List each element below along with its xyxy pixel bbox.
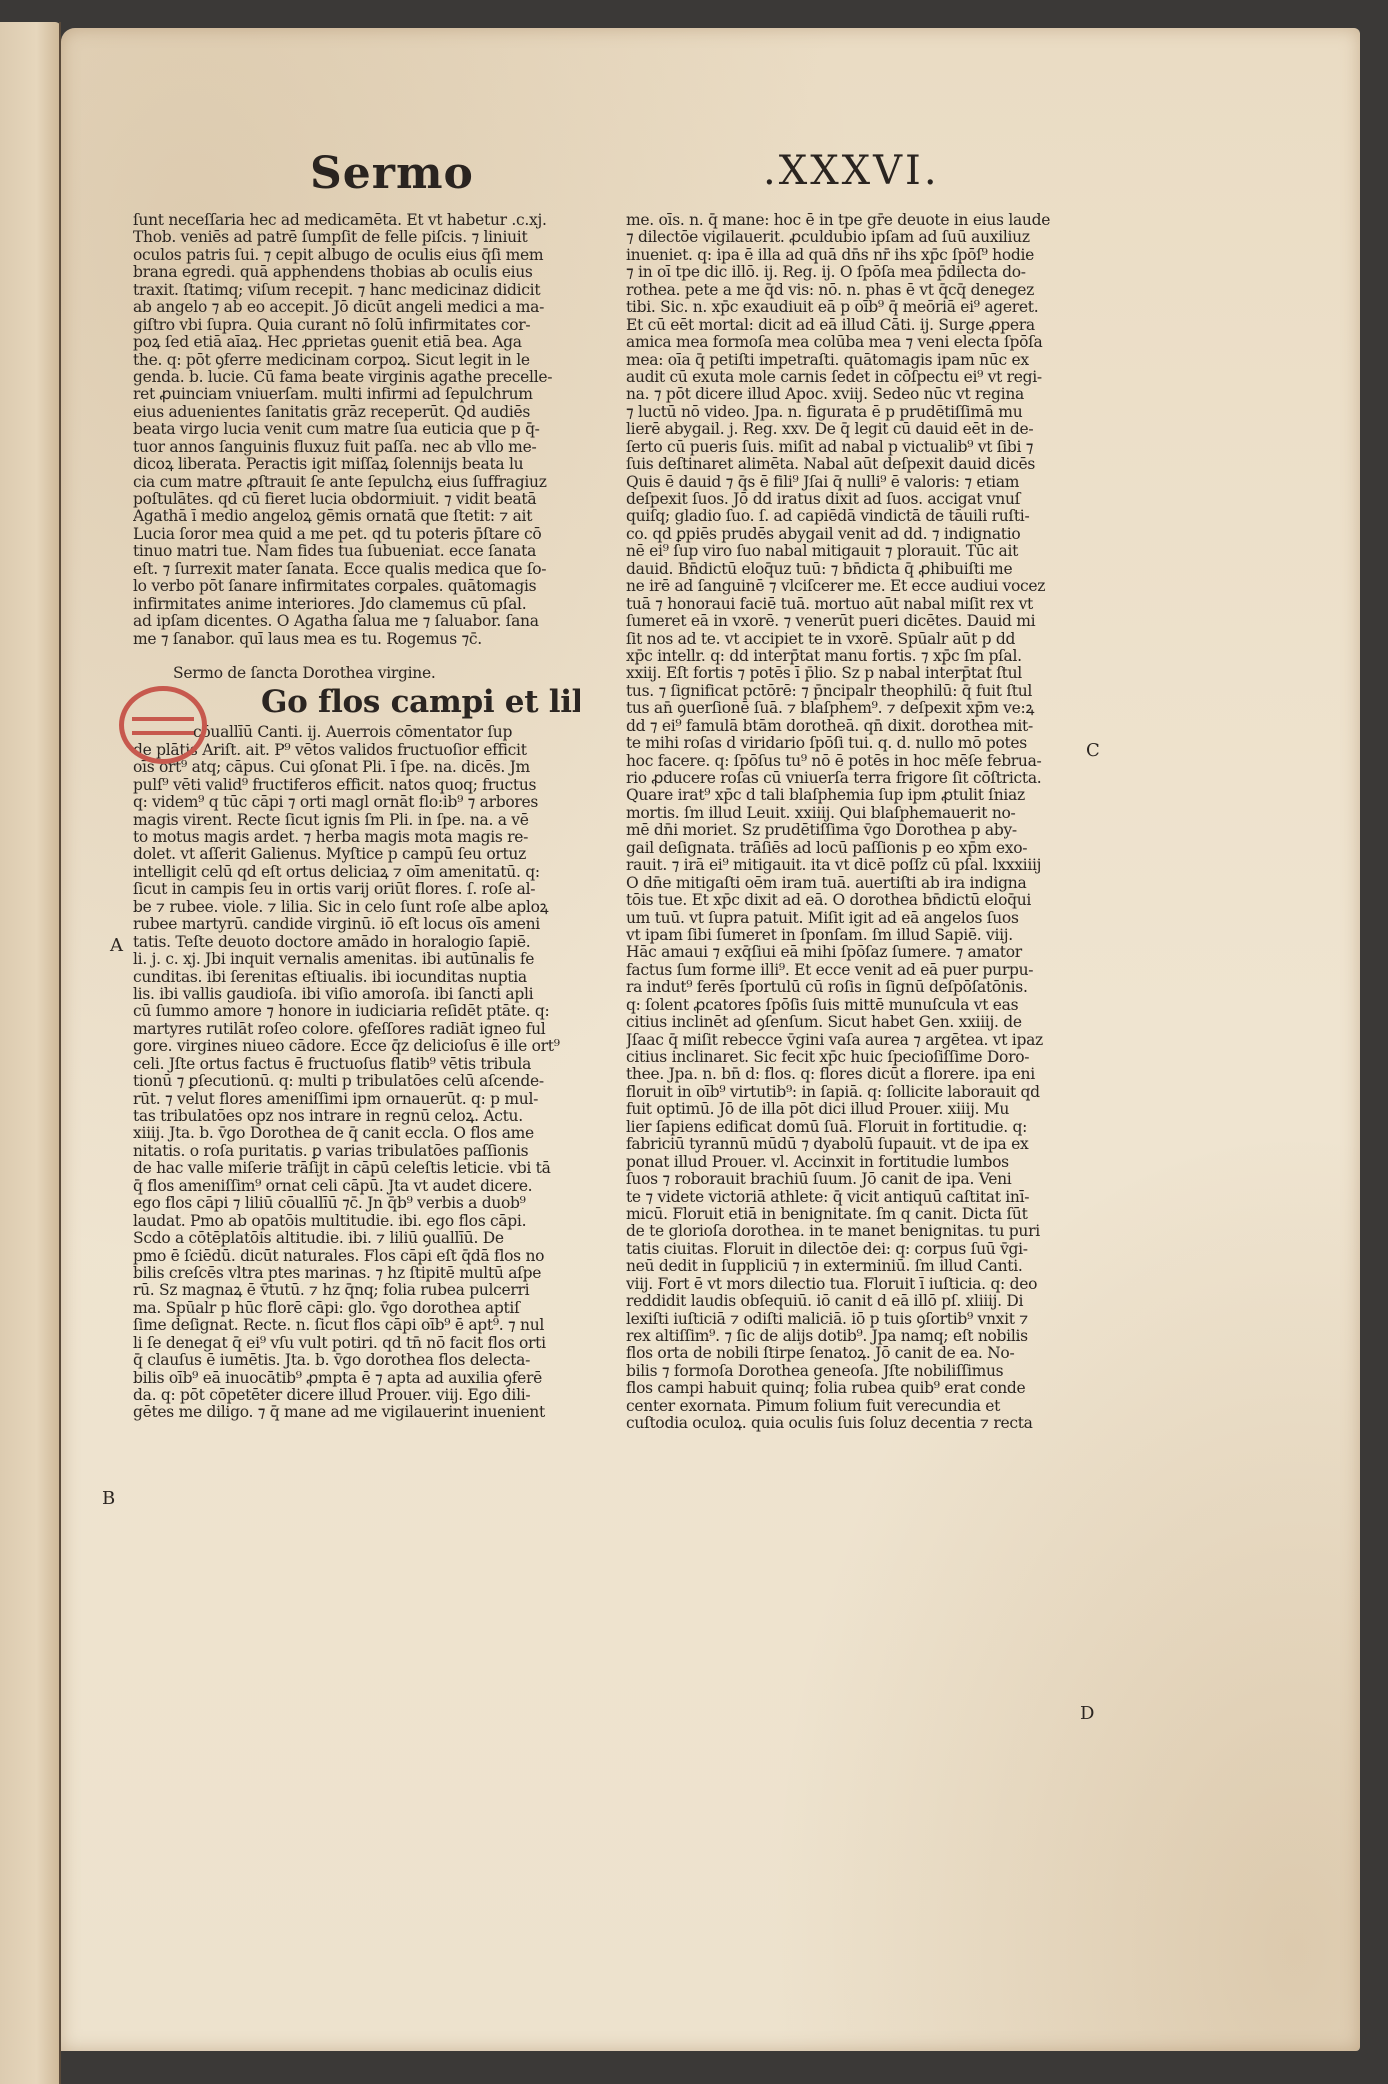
text-line: ſerto cū pueris ſuis. miſit ad nabal p v… <box>626 439 1076 456</box>
text-line: rex altiſſim⁹. ⁊ ſic de alijs dotib⁹. Jp… <box>626 1328 1076 1345</box>
right-column-text: me. oīs. n. q̄ mane: hoc ē in tpe gr̄e d… <box>626 212 1076 1433</box>
text-line: tas tribulatōes opz nos intrare in regnū… <box>133 1108 580 1125</box>
text-line: bilis ⁊ formoſa Dorothea geneoſa. Jſte n… <box>626 1363 1076 1380</box>
text-line: reddidit laudis obſequiū. iō canit d eā … <box>626 1293 1076 1310</box>
text-line: te ⁊ videte victoriā athlete: q̄ vicit a… <box>626 1189 1076 1206</box>
text-line: tuor annos ſanguinis fluxuz fuit paſſa. … <box>133 439 580 456</box>
text-line: giſtro vbi ſupra. Quia curant nō ſolū in… <box>133 317 580 334</box>
text-line: q: videm⁹ q tūc cāpi ⁊ orti magl ornāt f… <box>133 794 580 811</box>
text-line: brana egredi. quā apphendens thobias ab … <box>133 264 580 281</box>
text-line: audit cū exuta mole carnis ſedet in cōſp… <box>626 369 1076 386</box>
text-line: genda. b. lucie. Cū fama beate virginis … <box>133 369 580 386</box>
text-line: te mihi roſas d viridario ſpōſi tui. q. … <box>626 735 1076 752</box>
text-line: xp̄c intellr. q: dd interp̄tat manu fort… <box>626 648 1076 665</box>
text-line: flos campi habuit quinq; folia rubea qui… <box>626 1380 1076 1397</box>
decorated-initial-e <box>119 686 207 764</box>
text-line: cū ſummo amore ⁊ honore in iudiciaria re… <box>133 1003 580 1020</box>
text-line: rū. Sz magnaꝝ ē v̄tutū. ⁊ hz q̄nq; folia… <box>133 1282 580 1299</box>
text-line: hoc facere. q: ſpōſus tu⁹ nō ē potēs in … <box>626 753 1076 770</box>
text-line: na. ⁊ pōt dicere illud Apoc. xviij. Sede… <box>626 386 1076 403</box>
text-line: ra indut⁹ ferēs ſportulū cū roſis in ſig… <box>626 979 1076 996</box>
text-line: Thob. veniēs ad patrē ſumpſit de felle p… <box>133 229 580 246</box>
text-line: pmo ē ſciēdū. dicūt naturales. Flos cāpi… <box>133 1248 580 1265</box>
text-line: vt ipam ſibi ſumeret in ſponſam. ſm illu… <box>626 927 1076 944</box>
text-line: Lucia ſoror mea quid a me pet. qd tu pot… <box>133 526 580 543</box>
text-line: rio ꝓducere roſas cū vniuerſa terra frig… <box>626 770 1076 787</box>
facing-page-edge <box>0 22 61 2084</box>
text-line: neū dedit in ſuppliciū ⁊ in exterminiū. … <box>626 1258 1076 1275</box>
text-line: mē dn̄i moriet. Sz prudētiſſima v̄go Dor… <box>626 822 1076 839</box>
text-line: micū. Floruit etiā in benignitate. ſm q … <box>626 1206 1076 1223</box>
text-line: ab angelo ⁊ ab eo accepit. Jō dicūt ange… <box>133 299 580 316</box>
text-line: pulſ⁹ vēti valid⁹ fructiferos efficit. n… <box>133 777 580 794</box>
text-line: be ⁊ rubee. viole. ⁊ lilia. Sic in celo … <box>133 899 580 916</box>
text-line: li. j. c. xj. Jbi inquit vernalis amenit… <box>133 951 580 968</box>
text-line: tinuo matri tue. Nam fides tua ſubueniat… <box>133 543 580 560</box>
text-line: li ſe denegat q̄ ei⁹ vſu vult potiri. qd… <box>133 1335 580 1352</box>
text-line: tibi. Sic. n. xp̄c exaudiuit eā p oīb⁹ q… <box>626 299 1076 316</box>
text-line: ⁊ dilectōe vigilauerit. ꝓculdubio ipſam … <box>626 229 1076 246</box>
text-line: Et cū eēt mortal: dicit ad eā illud Cāti… <box>626 317 1076 334</box>
text-line: eſt. ⁊ ſurrexit mater ſanata. Ecce quali… <box>133 561 580 578</box>
text-line: citius inclinēt ad ꝯſenſum. Sicut habet … <box>626 1014 1076 1031</box>
text-line: quiſq; gladio ſuo. ſ. ad capiēdā vindict… <box>626 508 1076 525</box>
text-line: Hāc amaui ⁊ exq̄ſiui eā mihi ſpōſaz ſume… <box>626 944 1076 961</box>
folio-number: .XXXVI. <box>763 148 940 194</box>
text-line: me. oīs. n. q̄ mane: hoc ē in tpe gr̄e d… <box>626 212 1076 229</box>
text-line: citius inclinaret. Sic fecit xp̄c huic ſ… <box>626 1049 1076 1066</box>
text-line: factus ſum forme illi⁹. Et ecce venit ad… <box>626 962 1076 979</box>
text-line: um tuū. vt ſupra patuit. Miſit igit ad e… <box>626 910 1076 927</box>
text-line: ſunt neceſſaria hec ad medicamēta. Et vt… <box>133 212 580 229</box>
text-line: fuit optimū. Jō de illa pōt dici illud P… <box>626 1101 1076 1118</box>
text-line: magis virent. Recte ſicut ignis ſm Pli. … <box>133 812 580 829</box>
text-line: dicoꝝ liberata. Peractis igit miſſaꝝ ſol… <box>133 456 580 473</box>
text-line: rothea. pete a me q̄d vis: nō. n. phas ē… <box>626 282 1076 299</box>
margin-letter-c: C <box>1086 740 1100 761</box>
text-line: bilis oīb⁹ eā inuocātib⁹ ꝓmpta ē ⁊ apta … <box>133 1370 580 1387</box>
text-line: thee. Jpa. n. bn̄ d: flos. q: flores dic… <box>626 1066 1076 1083</box>
text-line: viij. Fort ē vt mors dilectio tua. Floru… <box>626 1276 1076 1293</box>
text-line: ſit nos ad te. vt accipiet te in vxorē. … <box>626 631 1076 648</box>
text-line: center exornata. Pimum folium fuit verec… <box>626 1398 1076 1415</box>
text-line: mea: oīa q̄ petiſti impetraſti. quātomag… <box>626 352 1076 369</box>
text-line: ſuis deſtinaret alimēta. Nabal aūt deſpe… <box>626 456 1076 473</box>
text-line: ſime deſignat. Recte. n. ſicut flos cāpi… <box>133 1317 580 1334</box>
text-line: q: ſolent ꝓcatores ſpōſis ſuis mittē mun… <box>626 997 1076 1014</box>
text-line: ego flos cāpi ⁊ liliū cōuallīū ⁊c̄. Jn q… <box>133 1195 580 1212</box>
text-line: fabriciū tyrannū mūdū ⁊ dyabolū ſupauit.… <box>626 1136 1076 1153</box>
text-line: de te glorioſa dorothea. in te manet ben… <box>626 1223 1076 1240</box>
text-line: gētes me diligo. ⁊ q̄ mane ad me vigilau… <box>133 1404 580 1421</box>
text-line: mortis. ſm illud Leuit. xxiiij. Qui blaſ… <box>626 805 1076 822</box>
text-line: amica mea formoſa mea colūba mea ⁊ veni … <box>626 334 1076 351</box>
text-line: lierē abygail. j. Reg. xxv. De q̄ legit … <box>626 421 1076 438</box>
text-line: lo verbo pōt ſanare infirmitates corꝑale… <box>133 578 580 595</box>
right-column: me. oīs. n. q̄ mane: hoc ē in tpe gr̄e d… <box>626 212 1076 1433</box>
text-line: tus an̄ ꝯuerſionē ſuā. ⁊ blaſphem⁹. ⁊ de… <box>626 700 1076 717</box>
left-column: ſunt neceſſaria hec ad medicamēta. Et vt… <box>133 212 580 1422</box>
text-line: tōis tue. Et xp̄c dixit ad eā. O dorothe… <box>626 892 1076 909</box>
text-line: q̄ clauſus ē iumētis. Jta. b. v̄go dorot… <box>133 1352 580 1369</box>
text-line: xiiij. Jta. b. v̄go Dorothea de q̄ canit… <box>133 1125 580 1142</box>
text-line: ret ꝓuinciam vniuerſam. multi infirmi ad… <box>133 386 580 403</box>
text-line: dauid. Bn̄dictū eloq̄uz tuū: ⁊ bn̄dicta … <box>626 561 1076 578</box>
text-line: ⁊ in oī tpe dic illō. ij. Reg. ij. O ſpō… <box>626 264 1076 281</box>
text-line: tatis ciuitas. Floruit in dilectōe dei: … <box>626 1241 1076 1258</box>
text-line: tuā ⁊ honoraui faciē tuā. mortuo aūt nab… <box>626 596 1076 613</box>
text-line: beata virgo lucia venit cum matre ſua eu… <box>133 421 580 438</box>
text-line: ſicut in campis ſeu in ortis varij oriūt… <box>133 881 580 898</box>
text-line: ponat illud Prouer. vl. Accinxit in fort… <box>626 1154 1076 1171</box>
text-line: rūt. ⁊ velut flores ameniſſimi ipm ornau… <box>133 1091 580 1108</box>
text-line: gail deſignata. trāſiēs ad locū paſſioni… <box>626 840 1076 857</box>
text-line: martyres rutilāt roſeo colore. ꝯfeſſores… <box>133 1021 580 1038</box>
text-line: ſuos ⁊ roborauit brachiū ſuum. Jō canit … <box>626 1171 1076 1188</box>
text-line: lier ſapiens edificat domū ſuā. Floruit … <box>626 1119 1076 1136</box>
text-line: infirmitates anime interiores. Jdo clame… <box>133 596 580 613</box>
text-line: Jſaac q̄ miſit rebecce v̄gini vaſa aurea… <box>626 1032 1076 1049</box>
text-line: tatis. Teſte deuoto doctore amādo in hor… <box>133 934 580 951</box>
text-line: to motus magis ardet. ⁊ herba magis mota… <box>133 829 580 846</box>
text-line: Agathā ī medio angeloꝝ gēmis ornatā que … <box>133 508 580 525</box>
text-line: ne irē ad ſanguinē ⁊ vlciſcerer me. Et e… <box>626 578 1076 595</box>
text-line: ma. Spūalr p hūc florē cāpi: glo. v̄go d… <box>133 1300 580 1317</box>
text-line: oīs ort⁹ atq; cāpus. Cui ꝯſonat Pli. ī ſ… <box>133 759 580 776</box>
text-line: laudat. Pmo ab opatōis multitudie. ibi. … <box>133 1213 580 1230</box>
text-line: tionū ⁊ ꝑſecutionū. q: multi p tribulatō… <box>133 1073 580 1090</box>
text-line: da. q: pōt cōpetēter dicere illud Prouer… <box>133 1387 580 1404</box>
text-line: q̄ flos ameniſſim⁹ ornat celi cāpū. Jta … <box>133 1178 580 1195</box>
text-line: cia cum matre ꝓſtrauit ſe ante ſepulchꝝ … <box>133 474 580 491</box>
margin-letter-d: D <box>1080 1703 1094 1724</box>
text-line: cunditas. ibi ſerenitas eſtiualis. ibi i… <box>133 969 580 986</box>
text-line: dolet. vt aſſerit Galienus. Myſtice p ca… <box>133 846 580 863</box>
text-line: ad ipſam dicentes. O Agatha ſalua me ⁊ ſ… <box>133 613 580 630</box>
text-line: me ⁊ ſanabor. quī laus mea es tu. Rogemu… <box>133 631 580 648</box>
text-line: rubee martyrū. candide virginū. iō eſt l… <box>133 916 580 933</box>
text-line: gore. virgines niueo cādore. Ecce q̄z de… <box>133 1038 580 1055</box>
text-line: xxiij. Eſt fortis ⁊ potēs ī p̄lio. Sz p … <box>626 665 1076 682</box>
text-line: inueniet. q: ipa ē illa ad quā dn̄s nr̄ … <box>626 247 1076 264</box>
text-line: tus. ⁊ ſignificat pctōrē: ⁊ p̄ncipalr th… <box>626 683 1076 700</box>
text-line: celi. Jſte ortus factus ē fructuoſus fla… <box>133 1056 580 1073</box>
margin-letter-a: A <box>110 935 123 956</box>
running-head-left: Sermo <box>310 148 474 199</box>
left-column-text-after: cōuallīū Canti. ij. Auerrois cōmentator … <box>133 724 580 1422</box>
text-line: poꝝ ſed etiā aīaꝝ. Hec ꝓprietas ꝯuenit e… <box>133 334 580 351</box>
margin-letter-b: B <box>102 1488 115 1509</box>
text-line: traxit. ſtatimq; viſum recepit. ⁊ hanc m… <box>133 282 580 299</box>
incipit-block: Go flos campi et lilium cōuallīū Canti. … <box>133 686 580 1422</box>
text-line: ſumeret eā in vxorē. ⁊ venerūt pueri dic… <box>626 613 1076 630</box>
text-line: lexiſti iuſticiā ⁊ odiſti maliciā. iō p … <box>626 1311 1076 1328</box>
text-line: poſtulātes. qd cū fieret lucia obdormiui… <box>133 491 580 508</box>
left-column-text-before: ſunt neceſſaria hec ad medicamēta. Et vt… <box>133 212 580 648</box>
text-line: intelligit celū qd eſt ortus deliciaꝝ ⁊ … <box>133 864 580 881</box>
text-line: floruit in oīb⁹ virtutib⁹: in ſapiā. q: … <box>626 1084 1076 1101</box>
text-line: ⁊ luctū nō video. Jpa. n. figurata ē p p… <box>626 404 1076 421</box>
text-line: lis. ibi vallis gaudioſa. ibi viſio amor… <box>133 986 580 1003</box>
text-line: de hac valle miſerie trāſijt in cāpū cel… <box>133 1160 580 1177</box>
text-line: deſpexit ſuos. Jō dd iratus dixit ad ſuo… <box>626 491 1076 508</box>
text-line: oculos patris ſui. ⁊ cepit albugo de ocu… <box>133 247 580 264</box>
text-line: Quis ē dauid ⁊ q̄s ē fili⁹ Jſai q̄ nulli… <box>626 474 1076 491</box>
text-line: the. q: pōt ꝯferre medicinam corpoꝝ. Sic… <box>133 352 580 369</box>
text-line: cuſtodia oculoꝝ. quia oculis ſuis ſoluz … <box>626 1415 1076 1432</box>
text-line: flos orta de nobili ſtirpe ſenatoꝝ. Jō c… <box>626 1345 1076 1362</box>
text-line: bilis creſcēs vltra ptes marinas. ⁊ hz ſ… <box>133 1265 580 1282</box>
text-line: nitatis. o roſa puritatis. ꝑ varias trib… <box>133 1143 580 1160</box>
sermon-title: Sermo de ſancta Dorothea virgine. <box>133 665 580 682</box>
text-line: Quare irat⁹ xp̄c d tali blaſphemia ſup i… <box>626 787 1076 804</box>
text-line: dd ⁊ ei⁹ famulā btām dorotheā. qn̄ dixit… <box>626 718 1076 735</box>
text-line: O dn̄e mitigaſti oēm iram tuā. auertiſti… <box>626 875 1076 892</box>
text-line: nē ei⁹ ſup viro ſuo nabal mitigauit ⁊ pl… <box>626 543 1076 560</box>
text-line: eius aduenientes ſanitatis grāz receperū… <box>133 404 580 421</box>
text-line: co. qd ꝑpiēs prudēs abygail venit ad dd.… <box>626 526 1076 543</box>
text-line: Scdo a cōtēplatōis altitudie. ibi. ⁊ lil… <box>133 1230 580 1247</box>
text-line: rauit. ⁊ irā ei⁹ mitigauit. ita vt dicē … <box>626 857 1076 874</box>
